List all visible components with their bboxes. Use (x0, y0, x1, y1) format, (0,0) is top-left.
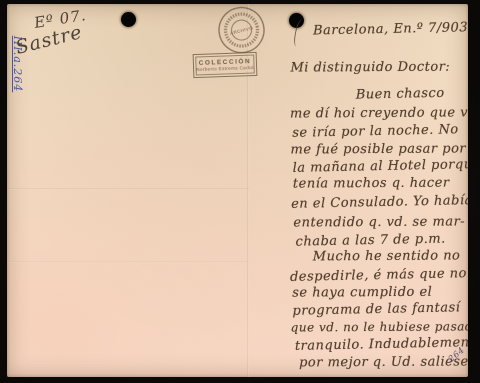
handwriting-line: despedirle, é más que no (290, 266, 467, 285)
handwriting-line: se haya cumplido el (292, 285, 432, 301)
handwriting-line: entendido q. vd. se mar- (293, 214, 465, 230)
handwriting-line: que vd. no le hubiese pasado (291, 319, 468, 335)
handwriting-line: en el Consulado. Yo había (291, 193, 468, 212)
letter-scan: III.a.264 Eº 07. Sastre ARCHIVO COLECCIÓ… (0, 0, 480, 383)
letter-paper: III.a.264 Eº 07. Sastre ARCHIVO COLECCIÓ… (7, 4, 468, 377)
horizontal-fold-crease-upper (7, 188, 249, 190)
punch-hole (121, 12, 136, 27)
handwriting-line: se iría por la noche. No (292, 122, 459, 140)
handwriting-line: Mucho he sentido no (313, 248, 461, 264)
handwriting-line: chaba a las 7 de p.m. (295, 231, 445, 249)
handwriting-line: la mañana al Hotel porque (293, 157, 468, 176)
handwriting-line: programa de las fantasí (292, 300, 460, 319)
horizontal-fold-crease-lower (7, 261, 249, 263)
letter-body: Barcelona, En.º 7/903. Mi distinguido Do… (278, 17, 468, 369)
handwriting-line: Buen chasco (356, 86, 445, 103)
handwriting-line: me dí hoi creyendo que vd. (290, 105, 468, 121)
handwriting-line: tenía muchos q. hacer (293, 176, 450, 192)
dateline: Barcelona, En.º 7/903. (313, 20, 468, 38)
collection-stamp-owner: Norberto Estrems Carbó (196, 64, 254, 72)
salutation: Mi distinguido Doctor: (290, 60, 450, 76)
handwriting-line: tranquilo. Indudablemente (295, 335, 468, 354)
handwriting-line: por mejor q. Ud. saliese (299, 354, 468, 370)
collection-stamp: COLECCIÓN Norberto Estrems Carbó (193, 52, 258, 78)
handwriting-line: me fué posible pasar por (290, 141, 466, 157)
